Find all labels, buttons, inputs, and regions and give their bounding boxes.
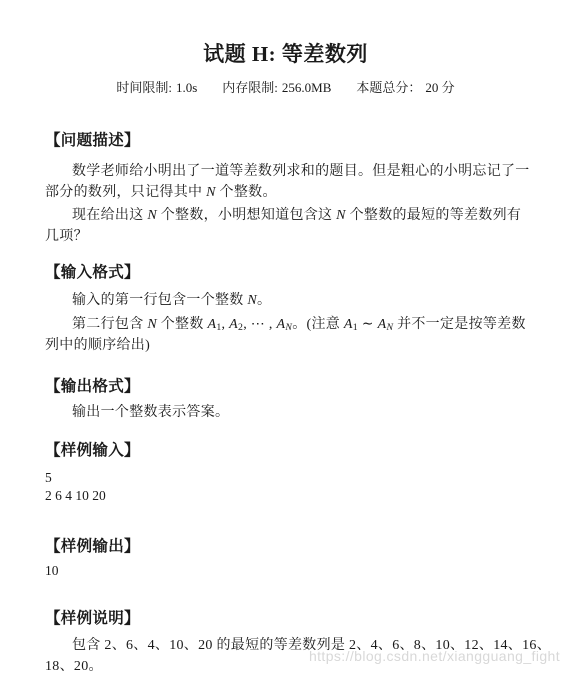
section-sample-explanation: 【样例说明】包含 2、6、4、10、20 的最短的等差数列是 2、4、6、8、1… bbox=[45, 609, 526, 677]
text-line: 5 bbox=[45, 469, 526, 487]
meta-item-1: 内存限制:256.0MB bbox=[222, 80, 331, 96]
text-run: 个整数。 bbox=[216, 185, 277, 200]
section-sample-input: 【样例输入】52 6 4 10 20 bbox=[45, 441, 526, 505]
text-line: 数学老师给小明出了一道等差数列求和的题目。但是粗心的小明忘记了一 bbox=[45, 162, 526, 183]
text-line: 现在给出这 N 个整数，小明想知道包含这 N 个整数的最短的等差数列有 bbox=[45, 206, 526, 227]
math-var: N bbox=[147, 208, 157, 223]
text-run: ∼ bbox=[358, 317, 378, 332]
text-run: 2 bbox=[238, 322, 243, 333]
section-heading-output-format: 【输出格式】 bbox=[45, 377, 526, 396]
meta-label: 本题总分： bbox=[356, 80, 421, 95]
text-run: 列中的顺序给出) bbox=[45, 338, 150, 353]
section-output-format: 【输出格式】输出一个整数表示答案。 bbox=[45, 377, 526, 424]
section-heading-problem-description: 【问题描述】 bbox=[45, 131, 526, 150]
paragraph: 输出一个整数表示答案。 bbox=[45, 403, 526, 424]
text-run: 个整数，小明想知道包含这 bbox=[157, 208, 336, 223]
text-run: 输出一个整数表示答案。 bbox=[72, 405, 229, 420]
text-line: 输入的第一行包含一个整数 N。 bbox=[45, 291, 526, 312]
text-run: 。 bbox=[257, 293, 271, 308]
math-var: N bbox=[147, 317, 157, 332]
section-input-format: 【输入格式】输入的第一行包含一个整数 N。第二行包含 N 个整数 A1, A2,… bbox=[45, 263, 526, 357]
meta-value: 1.0s bbox=[176, 80, 197, 95]
meta-label: 内存限制: bbox=[222, 80, 278, 95]
paragraph: 现在给出这 N 个整数，小明想知道包含这 N 个整数的最短的等差数列有几项？ bbox=[45, 206, 526, 247]
paragraph: 数学老师给小明出了一道等差数列求和的题目。但是粗心的小明忘记了一部分的数列，只记… bbox=[45, 162, 526, 203]
text-run: , bbox=[222, 317, 230, 332]
text-run: 并不一定是按等差数 bbox=[393, 317, 526, 332]
document-content: 试题 H: 等差数列 时间限制:1.0s内存限制:256.0MB本题总分：20 … bbox=[0, 0, 566, 677]
text-line: 10 bbox=[45, 562, 526, 580]
limits-line: 时间限制:1.0s内存限制:256.0MB本题总分：20 分 bbox=[45, 80, 526, 96]
sample-block: 52 6 4 10 20 bbox=[45, 469, 526, 505]
section-heading-sample-input: 【样例输入】 bbox=[45, 441, 526, 460]
page-title: 试题 H: 等差数列 bbox=[45, 0, 526, 67]
math-var: N bbox=[206, 185, 216, 200]
math-var: A bbox=[229, 317, 238, 332]
document-page: 试题 H: 等差数列 时间限制:1.0s内存限制:256.0MB本题总分：20 … bbox=[0, 0, 566, 679]
text-run: 2 6 4 10 20 bbox=[45, 488, 106, 503]
text-line: 输出一个整数表示答案。 bbox=[45, 403, 526, 424]
text-run: 1 bbox=[216, 322, 221, 333]
paragraph: 第二行包含 N 个整数 A1, A2, ⋯ , AN。(注意 A1 ∼ AN 并… bbox=[45, 315, 526, 357]
math-var: N bbox=[386, 322, 393, 333]
text-run: 数学老师给小明出了一道等差数列求和的题目。但是粗心的小明忘记了一 bbox=[72, 164, 530, 179]
text-line: 2 6 4 10 20 bbox=[45, 487, 526, 505]
math-var: N bbox=[247, 293, 257, 308]
section-heading-sample-explanation: 【样例说明】 bbox=[45, 609, 526, 628]
text-run: 1 bbox=[353, 322, 358, 333]
text-run: 现在给出这 bbox=[72, 208, 147, 223]
meta-value: 256.0MB bbox=[282, 80, 331, 95]
sections: 【问题描述】数学老师给小明出了一道等差数列求和的题目。但是粗心的小明忘记了一部分… bbox=[45, 131, 526, 677]
text-line: 第二行包含 N 个整数 A1, A2, ⋯ , AN。(注意 A1 ∼ AN 并… bbox=[45, 315, 526, 337]
text-run: 10 bbox=[45, 563, 59, 578]
meta-item-0: 时间限制:1.0s bbox=[116, 80, 197, 96]
section-heading-sample-output: 【样例输出】 bbox=[45, 537, 526, 556]
text-run: , ⋯ , bbox=[243, 317, 276, 332]
math-var: A bbox=[344, 317, 353, 332]
meta-value: 20 分 bbox=[425, 80, 454, 95]
text-line: 列中的顺序给出) bbox=[45, 336, 526, 357]
text-run: 。(注意 bbox=[292, 317, 344, 332]
math-var: N bbox=[285, 322, 292, 333]
section-problem-description: 【问题描述】数学老师给小明出了一道等差数列求和的题目。但是粗心的小明忘记了一部分… bbox=[45, 131, 526, 247]
text-line: 几项？ bbox=[45, 227, 526, 248]
section-sample-output: 【样例输出】10 bbox=[45, 537, 526, 580]
sample-block: 10 bbox=[45, 562, 526, 580]
paragraph: 输入的第一行包含一个整数 N。 bbox=[45, 291, 526, 312]
text-run: 几项？ bbox=[45, 229, 88, 244]
text-run: 个整数 bbox=[157, 317, 208, 332]
meta-item-2: 本题总分：20 分 bbox=[356, 80, 454, 96]
text-run: 输入的第一行包含一个整数 bbox=[72, 293, 247, 308]
math-var: N bbox=[336, 208, 346, 223]
text-run: 第二行包含 bbox=[72, 317, 147, 332]
text-line: 部分的数列，只记得其中 N 个整数。 bbox=[45, 183, 526, 204]
meta-label: 时间限制: bbox=[116, 80, 172, 95]
text-run: 18、20。 bbox=[45, 659, 103, 674]
text-run: 5 bbox=[45, 470, 52, 485]
text-run: 部分的数列，只记得其中 bbox=[45, 185, 206, 200]
text-run: 个整数的最短的等差数列有 bbox=[346, 208, 521, 223]
watermark-url: https://blog.csdn.net/xiangguang_fight bbox=[309, 648, 560, 664]
math-var: A bbox=[207, 317, 216, 332]
section-heading-input-format: 【输入格式】 bbox=[45, 263, 526, 282]
